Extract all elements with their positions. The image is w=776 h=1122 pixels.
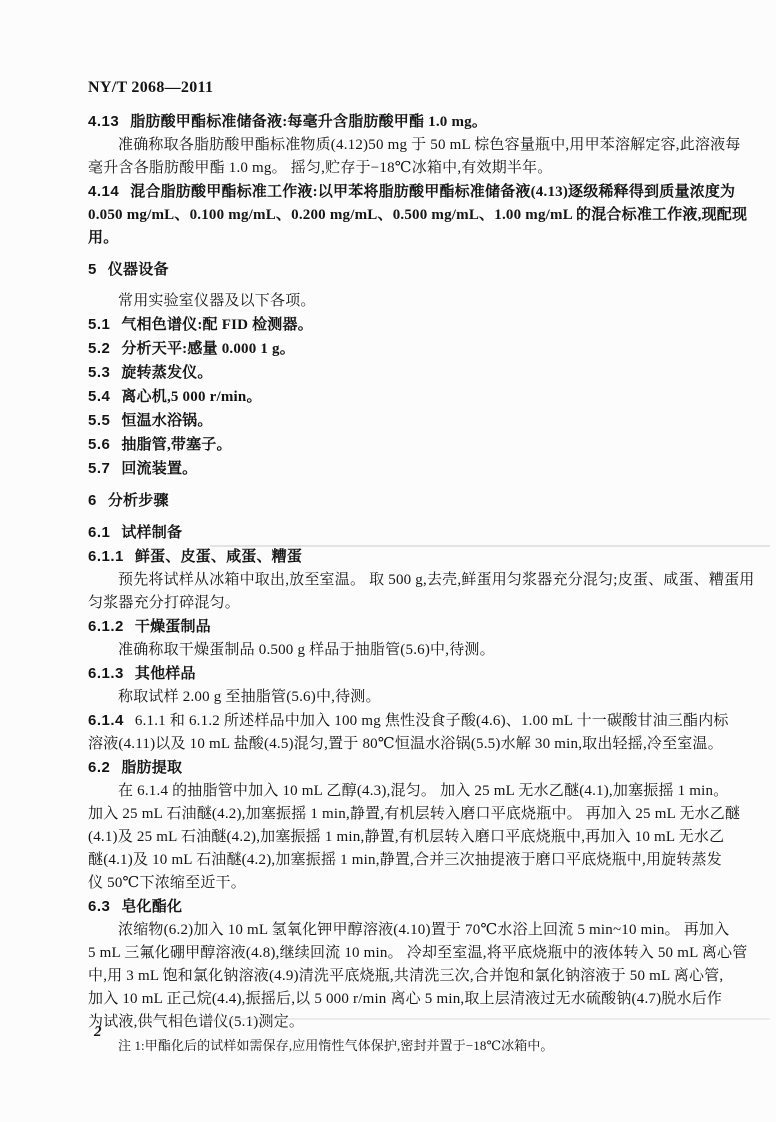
- paragraph-line: 为试液,供气相色谱仪(5.1)测定。: [88, 1011, 720, 1034]
- line-text: 分析天平:感量 0.000 1 g。: [121, 341, 295, 357]
- clause-number: 5.1: [88, 313, 110, 336]
- clause-number: 5.2: [88, 337, 110, 360]
- line-text: 试样制备: [121, 525, 182, 541]
- line-text: 脂肪提取: [121, 760, 182, 776]
- line-text: 常用实验室仪器及以下各项。: [118, 293, 316, 309]
- clause-number: 5: [88, 258, 97, 281]
- clause-number: 6.1: [88, 521, 110, 544]
- document-content: NY/T 2068—2011 4.13脂肪酸甲酯标准储备液:每毫升含脂肪酸甲酯 …: [88, 78, 720, 1057]
- paragraph-line: (4.1)及 25 mL 石油醚(4.2),加塞振摇 1 min,静置,有机层转…: [88, 826, 720, 849]
- paragraph-line: 6.1.46.1.1 和 6.1.2 所述样品中加入 100 mg 焦性没食子酸…: [88, 709, 720, 733]
- line-text: 预先将试样从冰箱中取出,放至室温。 取 500 g,去壳,鲜蛋用匀浆器充分混匀;…: [118, 572, 754, 588]
- clause-heading: 6.3皂化酯化: [88, 895, 720, 919]
- clause-heading: 6.1.2干燥蛋制品: [88, 615, 720, 639]
- standard-number-header: NY/T 2068—2011: [88, 78, 720, 98]
- clause-number: 6.1.4: [88, 709, 124, 732]
- paragraph-line: 仪 50℃下浓缩至近干。: [88, 872, 720, 895]
- line-text: 抽脂管,带塞子。: [121, 437, 231, 453]
- line-text: 在 6.1.4 的抽脂管中加入 10 mL 乙醇(4.3),混匀。 加入 25 …: [118, 783, 728, 799]
- paragraph-line: 中,用 3 mL 饱和氯化钠溶液(4.9)清洗平底烧瓶,共清洗三次,合并饱和氯化…: [88, 965, 720, 988]
- clause-number: 5.7: [88, 457, 110, 480]
- clause-heading: 5.7回流装置。: [88, 457, 720, 481]
- line-text: 中,用 3 mL 饱和氯化钠溶液(4.9)清洗平底烧瓶,共清洗三次,合并饱和氯化…: [88, 968, 723, 984]
- line-text: 仪器设备: [108, 262, 169, 278]
- note-line: 注 1:甲酯化后的试样如需保存,应用惰性气体保护,密封并置于−18℃冰箱中。: [88, 1034, 720, 1057]
- line-text: 皂化酯化: [121, 899, 182, 915]
- clause-heading: 6.1试样制备: [88, 521, 720, 545]
- clause-number: 4.14: [88, 180, 119, 203]
- paragraph-line: 加入 10 mL 正己烷(4.4),振摇后,以 5 000 r/min 离心 5…: [88, 988, 720, 1011]
- clause-heading: 5.6抽脂管,带塞子。: [88, 433, 720, 457]
- line-text: 加入 10 mL 正己烷(4.4),振摇后,以 5 000 r/min 离心 5…: [88, 991, 722, 1007]
- page-number: 2: [94, 1024, 102, 1041]
- line-text: 干燥蛋制品: [135, 619, 211, 635]
- scan-artifact-line: [210, 545, 770, 547]
- line-text: 加入 25 mL 石油醚(4.2),加塞振摇 1 min,静置,有机层转入磨口平…: [88, 806, 740, 822]
- line-text: 溶液(4.11)以及 10 mL 盐酸(4.5)混匀,置于 80℃恒温水浴锅(5…: [88, 736, 723, 752]
- clause-number: 6.1.3: [88, 662, 124, 685]
- paragraph-line: 称取试样 2.00 g 至抽脂管(5.6)中,待测。: [88, 686, 720, 709]
- line-text: (4.1)及 25 mL 石油醚(4.2),加塞振摇 1 min,静置,有机层转…: [88, 829, 724, 845]
- clause-number: 6.3: [88, 895, 110, 918]
- clause-number: 5.5: [88, 409, 110, 432]
- scan-artifact-line: [140, 1018, 770, 1020]
- line-text: 准确称取各脂肪酸甲酯标准物质(4.12)50 mg 于 50 mL 棕色容量瓶中…: [118, 137, 741, 153]
- line-text: 6.1.1 和 6.1.2 所述样品中加入 100 mg 焦性没食子酸(4.6)…: [135, 713, 729, 729]
- paragraph-line: 浓缩物(6.2)加入 10 mL 氢氧化钾甲醇溶液(4.10)置于 70℃水浴上…: [88, 919, 720, 942]
- paragraph-line: 0.050 mg/mL、0.100 mg/mL、0.200 mg/mL、0.50…: [88, 204, 720, 227]
- line-text: 其他样品: [135, 666, 196, 682]
- line-text: 离心机,5 000 r/min。: [121, 389, 261, 405]
- note-text: 注 1:甲酯化后的试样如需保存,应用惰性气体保护,密封并置于−18℃冰箱中。: [118, 1038, 554, 1053]
- section-heading: 5仪器设备: [88, 258, 720, 282]
- line-text: 毫升含各脂肪酸甲酯 1.0 mg。 摇匀,贮存于−18℃冰箱中,有效期半年。: [88, 160, 553, 176]
- line-text: 称取试样 2.00 g 至抽脂管(5.6)中,待测。: [118, 689, 381, 705]
- clause-heading: 4.14混合脂肪酸甲酯标准工作液:以甲苯将脂肪酸甲酯标准储备液(4.13)逐级稀…: [88, 180, 720, 204]
- line-text: 用。: [88, 230, 118, 246]
- line-text: 恒温水浴锅。: [121, 413, 212, 429]
- line-text: 匀浆器充分打碎混匀。: [88, 595, 240, 611]
- document-page: NY/T 2068—2011 4.13脂肪酸甲酯标准储备液:每毫升含脂肪酸甲酯 …: [0, 0, 776, 1122]
- clause-number: 5.3: [88, 361, 110, 384]
- line-text: 分析步骤: [108, 493, 169, 509]
- paragraph-line: 常用实验室仪器及以下各项。: [88, 290, 720, 313]
- paragraph-line: 预先将试样从冰箱中取出,放至室温。 取 500 g,去壳,鲜蛋用匀浆器充分混匀;…: [88, 569, 720, 592]
- line-text: 仪 50℃下浓缩至近干。: [88, 875, 246, 891]
- clause-heading: 5.2分析天平:感量 0.000 1 g。: [88, 337, 720, 361]
- clause-number: 6: [88, 489, 97, 512]
- clause-number: 6.1.1: [88, 545, 124, 568]
- paragraph-line: 溶液(4.11)以及 10 mL 盐酸(4.5)混匀,置于 80℃恒温水浴锅(5…: [88, 733, 720, 756]
- clause-heading: 6.2脂肪提取: [88, 756, 720, 780]
- paragraph-line: 准确称取各脂肪酸甲酯标准物质(4.12)50 mg 于 50 mL 棕色容量瓶中…: [88, 134, 720, 157]
- line-text: 0.050 mg/mL、0.100 mg/mL、0.200 mg/mL、0.50…: [88, 207, 747, 223]
- line-text: 脂肪酸甲酯标准储备液:每毫升含脂肪酸甲酯 1.0 mg。: [130, 114, 487, 130]
- clause-heading: 5.3旋转蒸发仪。: [88, 361, 720, 385]
- line-text: 旋转蒸发仪。: [121, 365, 212, 381]
- clause-heading: 5.4离心机,5 000 r/min。: [88, 385, 720, 409]
- clause-heading: 5.5恒温水浴锅。: [88, 409, 720, 433]
- clause-number: 5.6: [88, 433, 110, 456]
- line-text: 浓缩物(6.2)加入 10 mL 氢氧化钾甲醇溶液(4.10)置于 70℃水浴上…: [118, 922, 729, 938]
- paragraph-line: 在 6.1.4 的抽脂管中加入 10 mL 乙醇(4.3),混匀。 加入 25 …: [88, 780, 720, 803]
- clause-number: 6.2: [88, 756, 110, 779]
- line-text: 回流装置。: [121, 461, 197, 477]
- clause-number: 6.1.2: [88, 615, 124, 638]
- clause-heading: 5.1气相色谱仪:配 FID 检测器。: [88, 313, 720, 337]
- section-heading: 6分析步骤: [88, 489, 720, 513]
- line-text: 5 mL 三氟化硼甲醇溶液(4.8),继续回流 10 min。 冷却至室温,将平…: [88, 945, 747, 961]
- document-body: 4.13脂肪酸甲酯标准储备液:每毫升含脂肪酸甲酯 1.0 mg。准确称取各脂肪酸…: [88, 110, 720, 1057]
- paragraph-line: 醚(4.1)及 10 mL 石油醚(4.2),加塞振摇 1 min,静置,合并三…: [88, 849, 720, 872]
- clause-number: 5.4: [88, 385, 110, 408]
- paragraph-line: 毫升含各脂肪酸甲酯 1.0 mg。 摇匀,贮存于−18℃冰箱中,有效期半年。: [88, 157, 720, 180]
- line-text: 气相色谱仪:配 FID 检测器。: [121, 317, 313, 333]
- line-text: 为试液,供气相色谱仪(5.1)测定。: [88, 1014, 304, 1030]
- line-text: 醚(4.1)及 10 mL 石油醚(4.2),加塞振摇 1 min,静置,合并三…: [88, 852, 722, 868]
- line-text: 鲜蛋、皮蛋、咸蛋、糟蛋: [135, 549, 302, 565]
- clause-number: 4.13: [88, 110, 119, 133]
- clause-heading: 4.13脂肪酸甲酯标准储备液:每毫升含脂肪酸甲酯 1.0 mg。: [88, 110, 720, 134]
- paragraph-line: 用。: [88, 227, 720, 250]
- clause-heading: 6.1.1鲜蛋、皮蛋、咸蛋、糟蛋: [88, 545, 720, 569]
- clause-heading: 6.1.3其他样品: [88, 662, 720, 686]
- paragraph-line: 匀浆器充分打碎混匀。: [88, 592, 720, 615]
- paragraph-line: 5 mL 三氟化硼甲醇溶液(4.8),继续回流 10 min。 冷却至室温,将平…: [88, 942, 720, 965]
- paragraph-line: 准确称取干燥蛋制品 0.500 g 样品于抽脂管(5.6)中,待测。: [88, 639, 720, 662]
- line-text: 准确称取干燥蛋制品 0.500 g 样品于抽脂管(5.6)中,待测。: [118, 642, 495, 658]
- line-text: 混合脂肪酸甲酯标准工作液:以甲苯将脂肪酸甲酯标准储备液(4.13)逐级稀释得到质…: [130, 184, 735, 200]
- paragraph-line: 加入 25 mL 石油醚(4.2),加塞振摇 1 min,静置,有机层转入磨口平…: [88, 803, 720, 826]
